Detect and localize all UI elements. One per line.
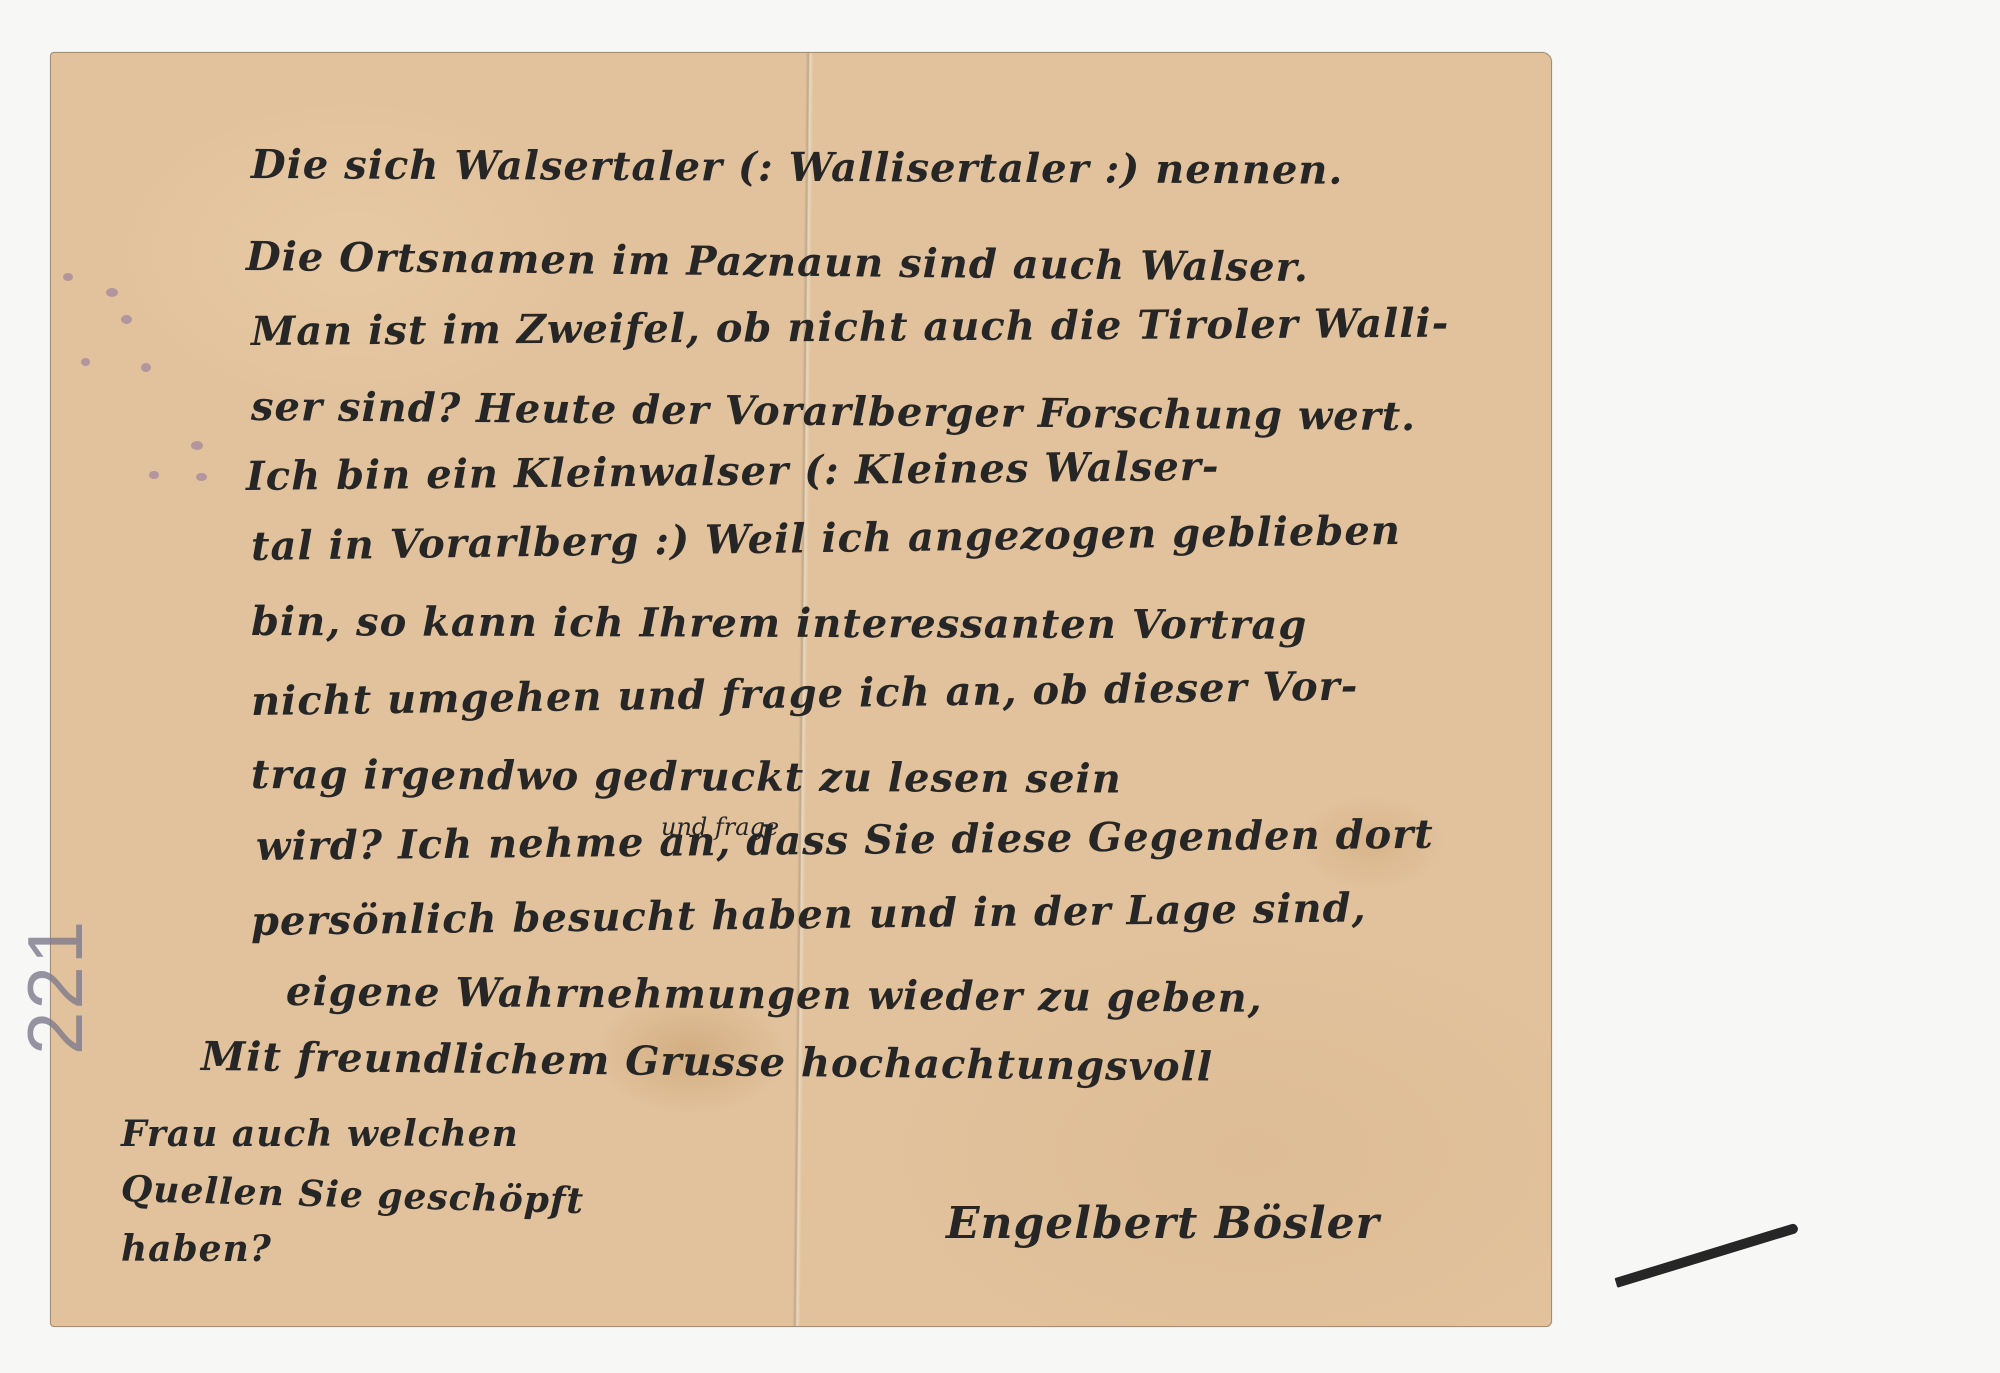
postcard: Die sich Walsertaler (: Wallisertaler :)… [50, 52, 1552, 1327]
body-line: ser sind? Heute der Vorarlberger Forschu… [251, 383, 1417, 440]
body-line: trag irgendwo gedruckt zu lesen sein [251, 751, 1122, 803]
body-line: nicht umgehen und frage ich an, ob diese… [251, 663, 1359, 725]
body-line: bin, so kann ich Ihrem interessanten Vor… [251, 598, 1307, 649]
body-line: Die sich Walsertaler (: Wallisertaler :)… [251, 141, 1344, 194]
stamp-residue [63, 273, 73, 281]
body-line: wird? Ich nehme an, dass Sie diese Gegen… [256, 811, 1434, 870]
body-line: Ich bin ein Kleinwalser (: Kleines Walse… [246, 443, 1220, 500]
body-line: persönlich besucht haben und in der Lage… [251, 884, 1367, 945]
body-line: tal in Vorarlberg :) Weil ich angezogen … [251, 507, 1402, 570]
stamp-residue [141, 363, 151, 372]
archive-number: 221 [10, 919, 101, 1055]
signature-flourish [1615, 1223, 1800, 1288]
postscript-line: Frau auch welchen [121, 1113, 519, 1155]
postscript-line: Quellen Sie geschöpft [120, 1168, 584, 1222]
stamp-residue [121, 315, 132, 324]
stamp-residue [149, 471, 159, 479]
stamp-residue [81, 358, 90, 366]
body-line: Man ist im Zweifel, ob nicht auch die Ti… [251, 300, 1450, 355]
body-line: eigene Wahrnehmungen wieder zu geben, [286, 968, 1263, 1022]
closing-line: Mit freundlichem Grusse hochachtungsvoll [201, 1033, 1213, 1091]
postscript-line: haben? [121, 1228, 272, 1270]
body-line: Die Ortsnamen im Paznaun sind auch Walse… [246, 233, 1309, 291]
signature: Engelbert Bösler [946, 1198, 1380, 1249]
stamp-residue [196, 473, 207, 481]
stamp-residue [106, 288, 118, 297]
stamp-residue [191, 441, 203, 450]
